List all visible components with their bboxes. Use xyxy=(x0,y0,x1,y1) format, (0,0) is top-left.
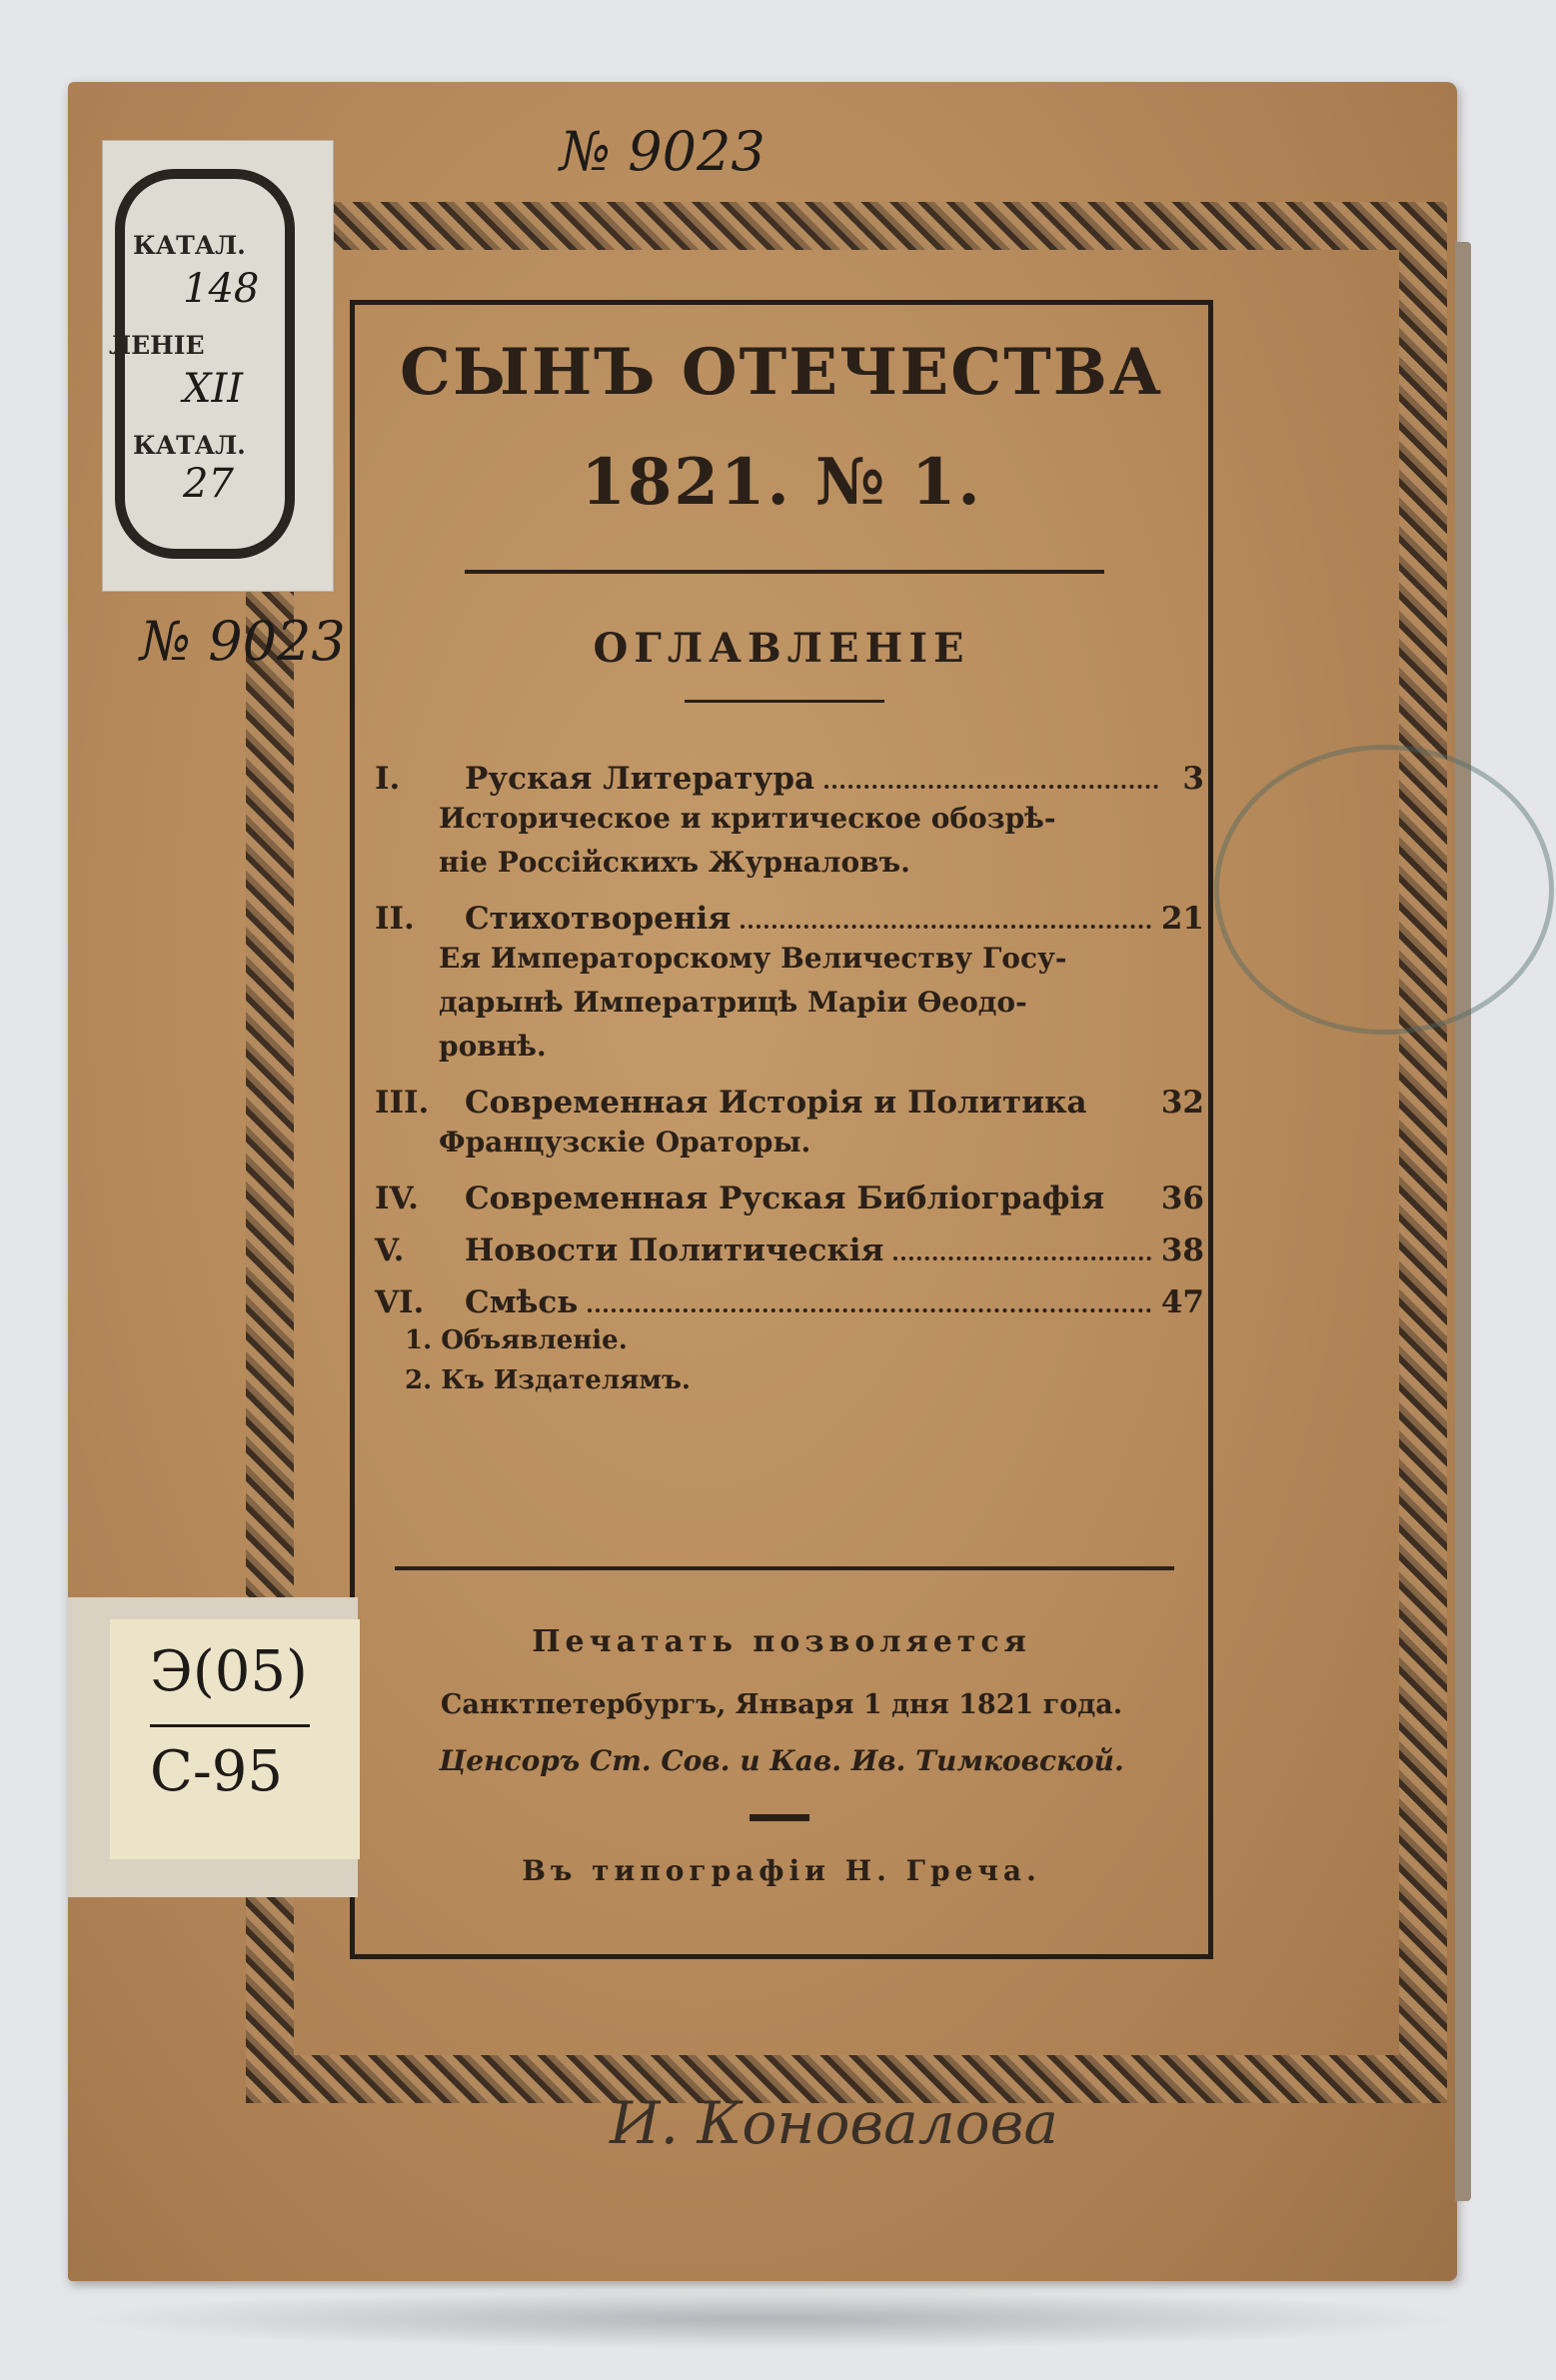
shelf-label: Э(05) С-95 xyxy=(110,1619,360,1859)
book-shadow xyxy=(70,2289,1469,2349)
table-of-contents: I. Руская Литература 3 Историческое и кр… xyxy=(375,745,1204,1400)
toc-heading: ОГЛАВЛЕНІЕ xyxy=(355,625,1208,672)
place-date: Санктпетербургъ, Января 1 дня 1821 года. xyxy=(355,1689,1208,1720)
handwritten-number-side: № 9023 xyxy=(140,610,346,673)
toc-entry: I. Руская Литература 3 xyxy=(375,761,1204,797)
journal-title: СЫНЪ ОТЕЧЕСТВА xyxy=(355,335,1208,410)
toc-entry: III. Современная Исторія и Политика 32 xyxy=(375,1085,1204,1121)
divider-bottom xyxy=(395,1566,1174,1570)
owner-signature: И. Коновалова xyxy=(610,2089,1058,2157)
toc-entry: II. Стихотворенія 21 xyxy=(375,901,1204,937)
toc-entry: V. Новости Политическія 38 xyxy=(375,1232,1204,1268)
title-panel: СЫНЪ ОТЕЧЕСТВА 1821. № 1. ОГЛАВЛЕНІЕ I. … xyxy=(350,300,1213,1959)
catalog-label: КАТАЛ. 148 ЛЕНІЕ XII КАТАЛ. 27 xyxy=(102,140,334,592)
issue-number: 1821. № 1. xyxy=(355,445,1208,520)
printer-line: Въ типографіи Н. Греча. xyxy=(355,1854,1208,1887)
censor-line: Ценсоръ Ст. Сов. и Кав. Ив. Тимковской. xyxy=(355,1744,1208,1777)
divider-short xyxy=(750,1814,809,1821)
print-permission: Печатать позволяется xyxy=(355,1624,1208,1659)
toc-entry: VI. Смѣсь 47 xyxy=(375,1284,1204,1320)
divider-toc xyxy=(685,700,884,703)
page-edges xyxy=(1455,242,1471,2201)
divider-top xyxy=(465,570,1104,574)
toc-entry: IV. Современная Руская Библіографія 36 xyxy=(375,1181,1204,1216)
library-stamp xyxy=(1214,745,1554,1035)
handwritten-number-top: № 9023 xyxy=(560,120,766,183)
